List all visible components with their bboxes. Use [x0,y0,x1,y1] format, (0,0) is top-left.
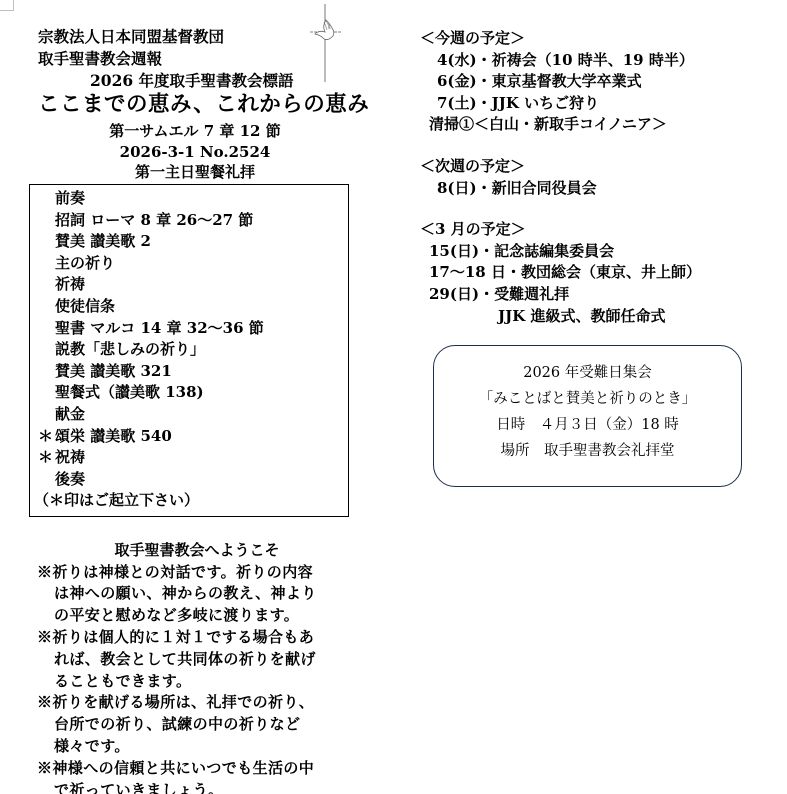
schedule-section: ＜今週の予定＞ 4(水)・祈祷会（10 時半、19 時半） 6(金)・東京基督教… [420,28,701,327]
welcome-note: ※祈りは個人的に１対１でする場合もあ れば、教会として共同体の祈りを献げ ること… [37,627,357,692]
program-item: 献金 [38,404,264,426]
program-item: 前奏 [38,188,264,210]
event-title: 2026 年受難日集会 [434,360,741,386]
welcome-note: ※祈りは神様との対話です。祈りの内容 は神への願い、神からの教え、神より の平安… [37,562,357,627]
page-corner-mark [0,0,14,11]
program-item: ＊祝祷 [38,447,264,469]
program-item: 賛美 讃美歌 321 [38,361,264,383]
program-item: 聖餐式（讃美歌 138) [38,382,264,404]
event-datetime: 日時 ４月３日（金）18 時 [434,412,741,438]
program-item: 聖書 マルコ 14 章 32～36 節 [38,318,264,340]
welcome-note: ※神様への信頼と共にいつでも生活の中 で祈っていきましょう。 [37,758,357,794]
program-item: ＊頌栄 讃美歌 540 [38,426,264,448]
schedule-item: 17～18 日・教団総会（東京、井上師） [420,262,701,284]
dove-cross-icon [306,2,342,84]
cleaning-duty: 清掃①＜白山・新取手コイノニア＞ [420,114,701,136]
schedule-sub-item: JJK 進級式、教師任命式 [420,306,701,328]
welcome-note: ※祈りを献げる場所は、礼拝での祈り、 台所での祈り、試練の中の祈りなど 様々です… [37,692,357,757]
program-footnote: （＊印はご起立下さい） [34,490,264,512]
organization-name: 宗教法人日本同盟基督教団 [38,26,224,48]
march-heading: ＜3 月の予定＞ [420,219,701,241]
program-item: 使徒信条 [38,296,264,318]
schedule-item: 15(日)・記念誌編集委員会 [420,241,701,263]
next-week-heading: ＜次週の予定＞ [420,156,701,178]
schedule-item: 29(日)・受難週礼拝 [420,284,701,306]
good-friday-event-box: 2026 年受難日集会 「みことばと賛美と祈りのとき」 日時 ４月３日（金）18… [433,345,742,487]
this-week-heading: ＜今週の予定＞ [420,28,701,50]
welcome-title: 取手聖書教会へようこそ [37,540,357,562]
event-theme: 「みことばと賛美と祈りのとき」 [434,386,741,412]
schedule-item: 8(日)・新旧合同役員会 [420,178,701,200]
event-place: 場所 取手聖書教会礼拝堂 [434,438,741,464]
welcome-section: 取手聖書教会へようこそ ※祈りは神様との対話です。祈りの内容 は神への願い、神か… [37,540,357,794]
program-item: 祈祷 [38,274,264,296]
program-item: 後奏 [38,469,264,491]
program-item: 招詞 ローマ 8 章 26～27 節 [38,210,264,232]
program-item: 主の祈り [38,253,264,275]
schedule-item: 4(水)・祈祷会（10 時半、19 時半） [420,50,701,72]
date-issue: 2026-3-1 No.2524 [30,142,360,163]
schedule-item: 7(土)・JJK いちご狩り [420,93,701,115]
motto: ここまでの恵み、これからの恵み [38,91,369,119]
order-of-worship-list: 前奏 招詞 ローマ 8 章 26～27 節 賛美 讃美歌 2 主の祈り 祈祷 使… [38,188,264,512]
program-item: 説教「悲しみの祈り」 [38,339,264,361]
motto-label: 2026 年度取手聖書教会標語 [90,70,294,92]
schedule-item: 6(金)・東京基督教大学卒業式 [420,71,701,93]
bulletin-name: 取手聖書教会週報 [38,48,162,70]
program-item: 賛美 讃美歌 2 [38,231,264,253]
service-name: 第一主日聖餐礼拝 [30,162,360,183]
verse-reference: 第一サムエル 7 章 12 節 [30,121,360,142]
